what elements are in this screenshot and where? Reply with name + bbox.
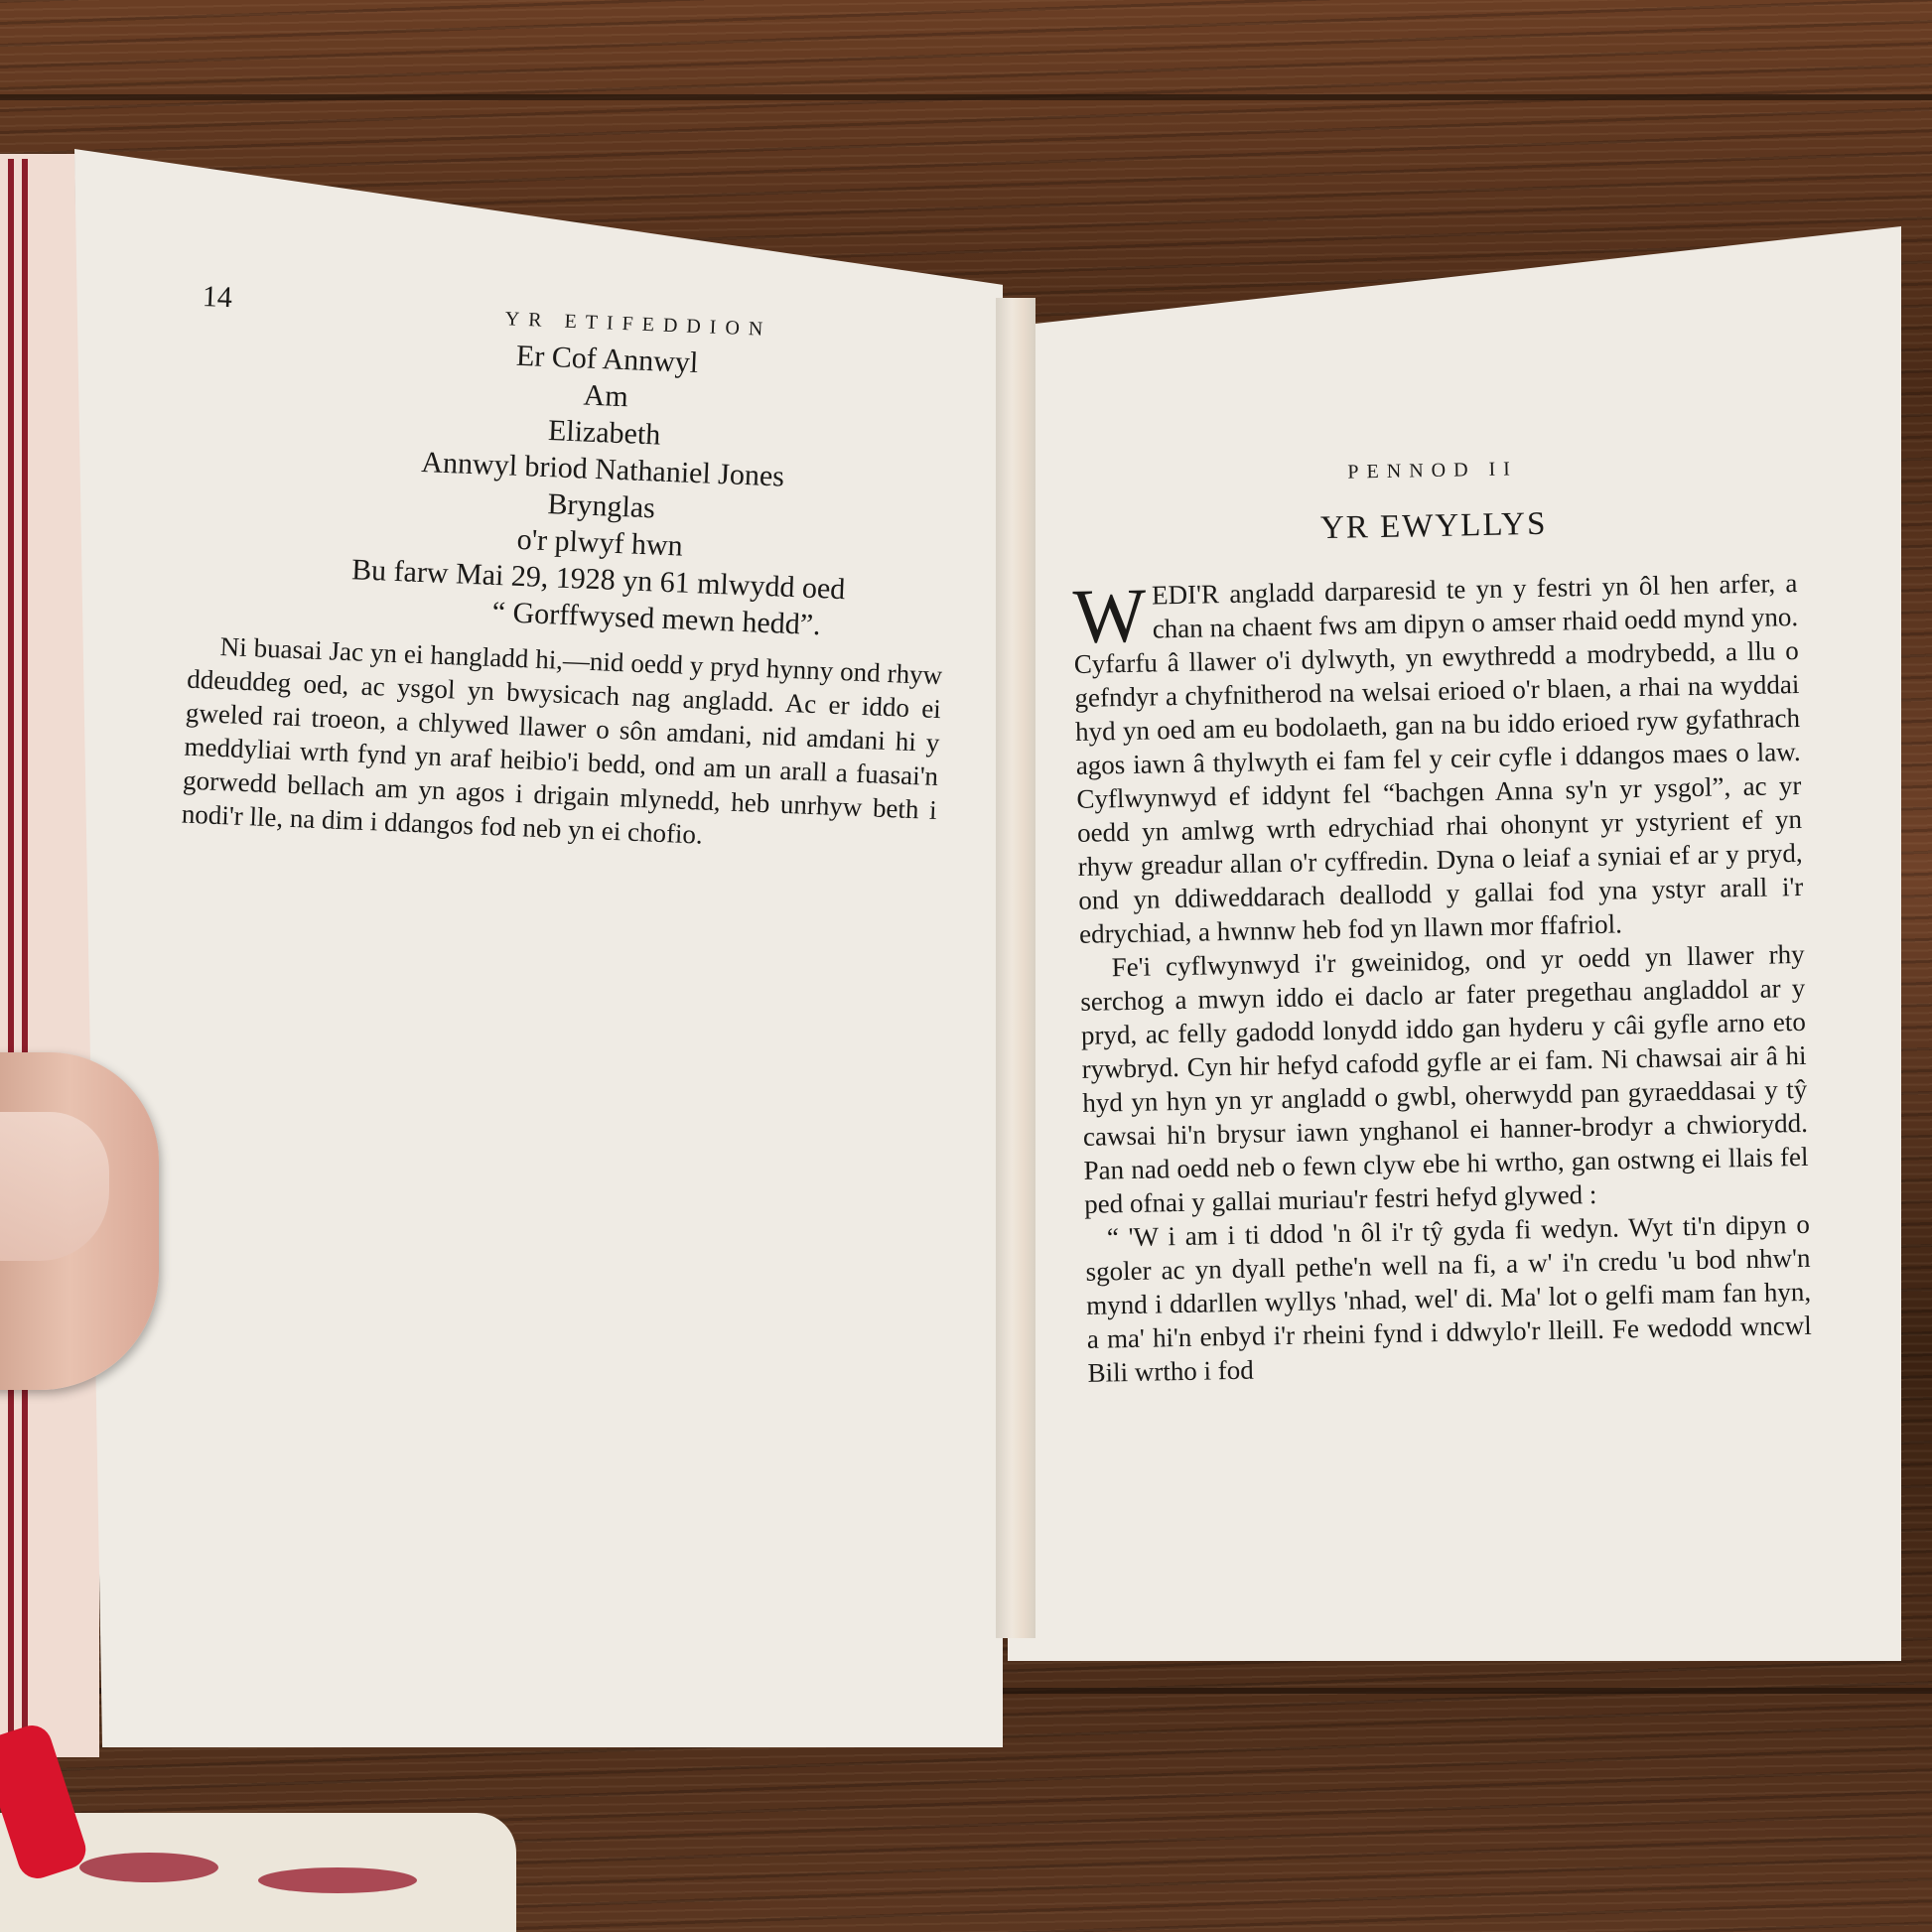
- page-number: 14: [202, 280, 232, 315]
- fabric-pattern: [79, 1853, 218, 1882]
- drop-cap: W: [1072, 585, 1147, 647]
- page-edge-stripe: [22, 159, 28, 1757]
- body-paragraph: Fe'i cyflwynwyd i'r gweinidog, ond yr oe…: [1079, 937, 1809, 1221]
- thumbnail: [0, 1112, 109, 1261]
- right-page-text: PENNOD II YR EWYLLYS WEDI'R angladd darp…: [1070, 453, 1813, 1390]
- plank-seam: [0, 94, 1932, 100]
- body-paragraph: Ni buasai Jac yn ei hangladd hi,—nid oed…: [181, 628, 943, 861]
- body-paragraph: “ 'W i am i ti ddod 'n ôl i'r tŷ gyda fi…: [1085, 1207, 1813, 1390]
- fabric-pattern: [258, 1867, 417, 1893]
- book-gutter: [996, 298, 1035, 1638]
- paragraph-text: angladd darparesid te yn y festri yn ôl …: [1074, 568, 1804, 949]
- epitaph: Er Cof Annwyl Am Elizabeth Annwyl briod …: [249, 327, 955, 648]
- body-paragraph: WEDI'R angladd darparesid te yn y festri…: [1072, 566, 1804, 951]
- thumb-holding-page: [0, 1052, 159, 1390]
- opening-smallcaps: EDI'R: [1152, 579, 1219, 610]
- chapter-title: YR EWYLLYS: [1071, 501, 1797, 552]
- left-page-text: 14 YR ETIFEDDION Er Cof Annwyl Am Elizab…: [180, 268, 957, 888]
- page-edge-stripe: [8, 159, 14, 1757]
